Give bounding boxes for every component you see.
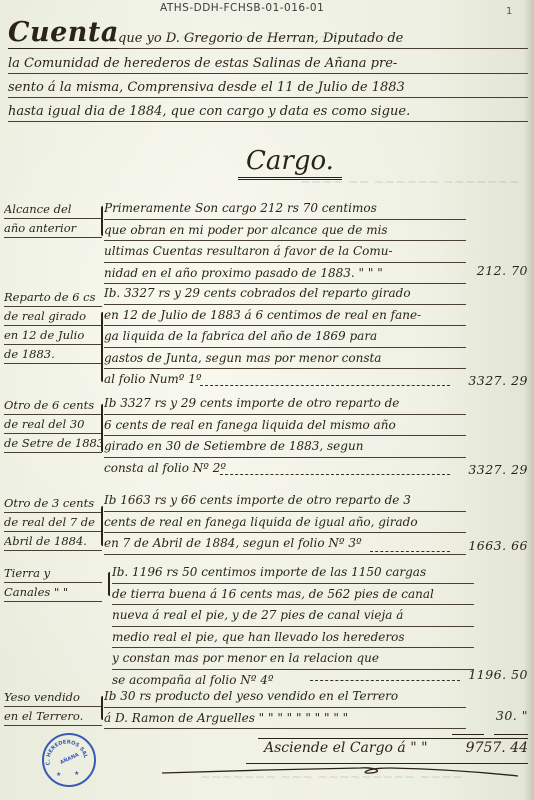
- entry-text: Ib. 3327 rs y 29 cents cobrados del repa…: [104, 283, 466, 390]
- entry-amount: 3327. 29: [468, 373, 528, 388]
- entry-label: Reparto de 6 cs de real girado en 12 de …: [4, 288, 102, 364]
- entry-text-line: á D. Ramon de Arguelles " " " " " " " " …: [104, 708, 466, 730]
- sum-rule: [494, 734, 528, 735]
- entry-text-line: al folio Numº 1º: [104, 369, 466, 390]
- entry-text-line: nidad en el año proximo pasado de 1883. …: [104, 263, 466, 285]
- page-number: 1: [506, 6, 512, 17]
- entry-text-line: medio real el pie, que han llevado los h…: [112, 627, 474, 649]
- entry-text-line: que obran en mi poder por alcance que de…: [104, 220, 466, 242]
- entry-amount: 3327. 29: [468, 462, 528, 477]
- entry-text-line: de tierra buena á 16 cents mas, de 562 p…: [112, 584, 474, 606]
- entry-amount: 212. 70: [477, 263, 528, 278]
- dotted-leader: [200, 384, 450, 386]
- double-underline: [246, 763, 528, 764]
- archive-reference-code: ATHS-DDH-FCHSB-01-016-01: [160, 2, 324, 14]
- entry-label-line: Yeso vendido: [4, 688, 102, 707]
- entry-text-line: gastos de Junta, segun mas por menor con…: [104, 348, 466, 370]
- document-page: ~~~ ~~~~ ~~~~~~~ ~~~~~ ~~~~ ~~ ~~~~~~ ~~…: [0, 0, 534, 800]
- entry-label-line: Canales " ": [4, 583, 102, 602]
- document-title-word: Cuenta: [8, 18, 119, 49]
- entry-text: Primeramente Son cargo 212 rs 70 centimo…: [104, 198, 466, 284]
- entry-label-line: de real del 7 de: [4, 513, 102, 532]
- header-line-3: sento á la misma, Comprensiva desde el 1…: [8, 79, 528, 98]
- cargo-total-label: Asciende el Cargo á " ": [264, 738, 428, 758]
- cargo-total-line: Asciende el Cargo á " " 9757. 44: [258, 738, 528, 739]
- entry-label-line: en el Terrero.: [4, 707, 102, 726]
- entry-text-line: cents de real en fanega liquida de igual…: [104, 512, 466, 534]
- stamp-star-icon: ★: [74, 770, 79, 777]
- entry-label: Yeso vendido en el Terrero.: [4, 688, 102, 726]
- stamp-star-icon: ★: [56, 771, 61, 778]
- entry-text-line: Primeramente Son cargo 212 rs 70 centimo…: [104, 198, 466, 220]
- entry-amount: 1663. 66: [468, 538, 528, 553]
- entry-label-line: en 12 de Julio: [4, 326, 102, 345]
- closing-flourish: [160, 765, 520, 777]
- institution-stamp: C. HEREDEROS SALINAS AÑANA ★ ★: [42, 733, 96, 787]
- entry-label-line: Reparto de 6 cs: [4, 288, 102, 307]
- entry-label-line: de real girado: [4, 307, 102, 326]
- entry-text-line: en 12 de Julio de 1883 á 6 centimos de r…: [104, 305, 466, 327]
- entry-label: Otro de 3 cents de real del 7 de Abril d…: [4, 494, 102, 551]
- entry-text: Ib 3327 rs y 29 cents importe de otro re…: [104, 393, 466, 478]
- entry-amount: 1196. 50: [468, 667, 528, 682]
- entry-text: Ib 1663 rs y 66 cents importe de otro re…: [104, 490, 466, 555]
- entry-label: Tierra y Canales " ": [4, 564, 102, 602]
- entry-text-line: Ib 1663 rs y 66 cents importe de otro re…: [104, 490, 466, 512]
- section-heading-cargo: Cargo.: [238, 145, 342, 180]
- cargo-total-value: 9757. 44: [466, 738, 528, 758]
- entry-text: Ib. 1196 rs 50 centimos importe de las 1…: [112, 562, 474, 690]
- entry-label: Otro de 6 cents de real del 30 de Setre …: [4, 396, 102, 453]
- entry-label-line: Tierra y: [4, 564, 102, 583]
- entry-text-line: girado en 30 de Setiembre de 1883, segun: [104, 436, 466, 458]
- entry-text-line: Ib 3327 rs y 29 cents importe de otro re…: [104, 393, 466, 415]
- entry-label-line: de real del 30: [4, 415, 102, 434]
- stamp-inner-text: AÑANA: [59, 751, 80, 766]
- entry-label-line: de 1883.: [4, 345, 102, 364]
- entry-text-line: Ib 30 rs producto del yeso vendido en el…: [104, 686, 466, 708]
- entry-label: Alcance del año anterior: [4, 200, 102, 238]
- entry-label-line: Otro de 6 cents: [4, 396, 102, 415]
- dotted-leader: [310, 679, 460, 681]
- entry-label-line: Alcance del: [4, 200, 102, 219]
- header-line-2: la Comunidad de herederos de estas Salin…: [8, 55, 528, 74]
- entry-text-line: Ib. 1196 rs 50 centimos importe de las 1…: [112, 562, 474, 584]
- dotted-leader: [220, 473, 450, 475]
- dotted-leader: [370, 550, 450, 552]
- entry-text-line: y constan mas por menor en la relacion q…: [112, 648, 474, 670]
- header-line-4: hasta igual dia de 1884, que con cargo y…: [8, 103, 528, 122]
- entry-text-line: nueva á real el pie, y de 27 pies de can…: [112, 605, 474, 627]
- entry-label-line: Abril de 1884.: [4, 532, 102, 551]
- entry-label-line: Otro de 3 cents: [4, 494, 102, 513]
- entry-label-line: de Setre de 1883.: [4, 434, 102, 453]
- entry-text-line: 6 cents de real en fanega liquida del mi…: [104, 415, 466, 437]
- sum-rule: [452, 734, 484, 735]
- entry-amount: 30. ": [496, 708, 528, 723]
- entry-text-line: Ib. 3327 rs y 29 cents cobrados del repa…: [104, 283, 466, 305]
- entry-text: Ib 30 rs producto del yeso vendido en el…: [104, 686, 466, 729]
- stamp-ring-text: C. HEREDEROS SALINAS AÑANA ★ ★: [42, 733, 92, 783]
- entry-label-line: año anterior: [4, 219, 102, 238]
- entry-text-line: ultimas Cuentas resultaron á favor de la…: [104, 241, 466, 263]
- header-line-1: que yo D. Gregorio de Herran, Diputado d…: [118, 30, 528, 49]
- entry-text-line: ga liquida de la fabrica del año de 1869…: [104, 326, 466, 348]
